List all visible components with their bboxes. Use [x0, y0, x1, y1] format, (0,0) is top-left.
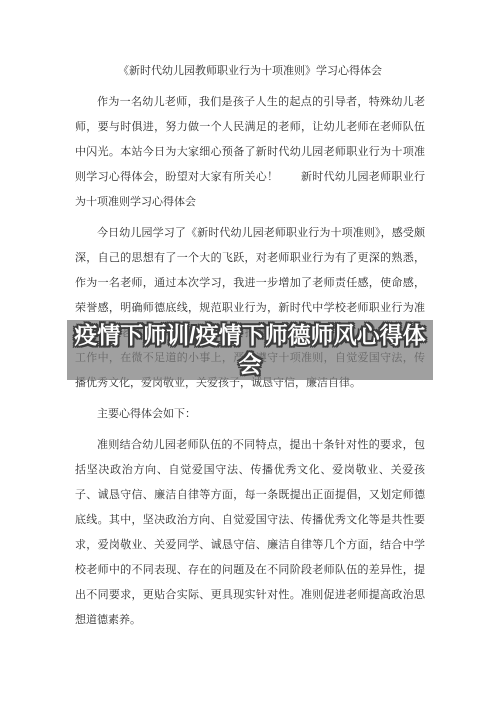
paragraph-intro: 作为一名幼儿老师，我们是孩子人生的起点的引导者，特殊幼儿老师，要与时俱进，努力做…: [75, 90, 425, 215]
overlay-title-text: 疫情下师训/疫情下师德师风心得体会: [69, 321, 431, 379]
overlay-title-banner: 疫情下师训/疫情下师德师风心得体会: [67, 320, 433, 380]
document-title: 《新时代幼儿园教师职业行为十项准则》学习心得体会: [75, 59, 425, 84]
paragraph-lead-in: 主要心得体会如下：: [75, 402, 425, 427]
document-page: 《新时代幼儿园教师职业行为十项准则》学习心得体会 作为一名幼儿老师，我们是孩子人…: [0, 0, 500, 706]
paragraph-main-points: 准则结合幼儿园老师队伍的不同特点，提出十条针对性的要求，包括坚决政治方向、自觉爱…: [75, 433, 425, 633]
